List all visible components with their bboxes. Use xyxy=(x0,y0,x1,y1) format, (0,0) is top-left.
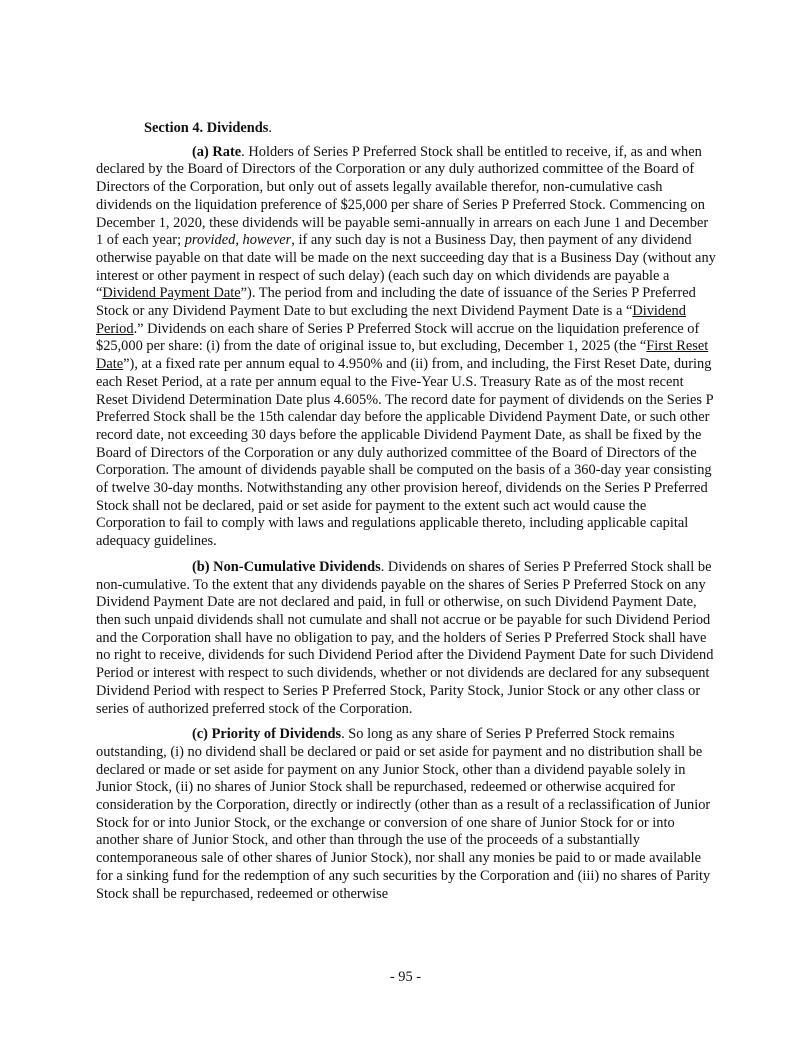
paragraph-a-text: .” Dividends on each share of Series P P… xyxy=(96,321,699,355)
paragraph-c-text: . So long as any share of Series P Prefe… xyxy=(96,726,710,901)
page-number: - 95 - xyxy=(0,969,811,986)
paragraph-a-text: ”), at a fixed rate per annum equal to 4… xyxy=(96,356,713,549)
italic-proviso: provided, however xyxy=(185,232,292,248)
paragraph-b-text: . Dividends on shares of Series P Prefer… xyxy=(96,559,713,717)
paragraph-b-non-cumulative: (b) Non-Cumulative Dividends. Dividends … xyxy=(96,559,716,718)
paragraph-b-title: (b) Non-Cumulative Dividends xyxy=(192,559,381,575)
defined-term-dividend-payment-date: Dividend Payment Date xyxy=(102,285,240,301)
paragraph-c-priority: (c) Priority of Dividends. So long as an… xyxy=(96,726,716,903)
section-heading-punct: . xyxy=(268,120,272,136)
section-heading: Section 4. Dividends. xyxy=(144,120,716,138)
paragraph-c-title: (c) Priority of Dividends xyxy=(192,726,341,742)
paragraph-a-rate: (a) Rate. Holders of Series P Preferred … xyxy=(96,144,716,551)
section-heading-text: Section 4. Dividends xyxy=(144,120,268,136)
document-page: Section 4. Dividends. (a) Rate. Holders … xyxy=(96,120,716,911)
paragraph-a-title: (a) Rate xyxy=(192,144,241,160)
